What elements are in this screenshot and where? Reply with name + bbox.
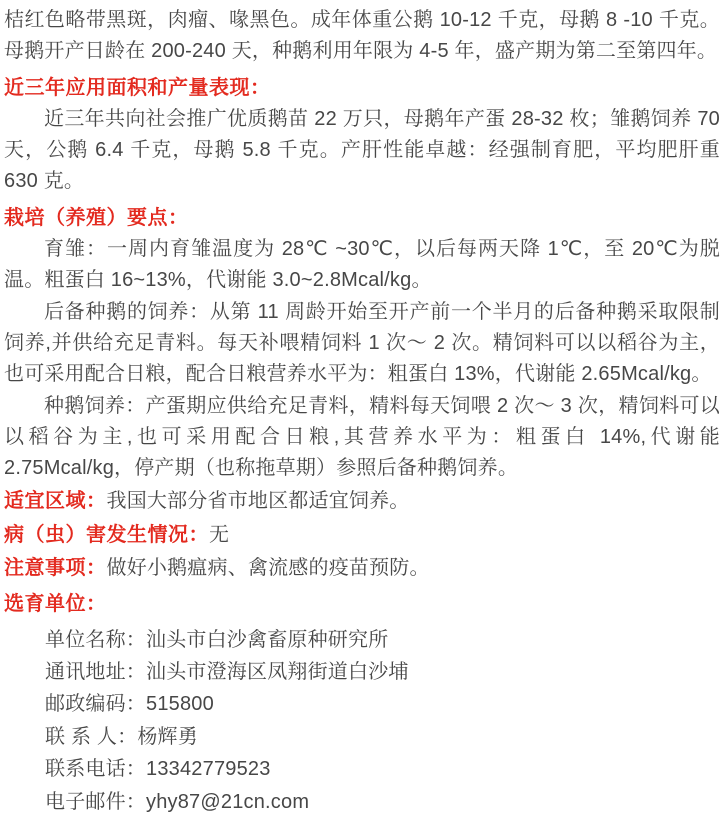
contact-row-address: 通讯地址：汕头市澄海区凤翔街道白沙埔: [45, 656, 720, 688]
contact-row-phone: 联系电话：13342779523: [45, 753, 720, 785]
cultivation-paragraph-reserve-geese: 后备种鹅的饲养：从第 11 周龄开始至开产前一个半月的后备种鹅采取限制饲养,并供…: [4, 297, 720, 391]
notes-line: 注意事项：做好小鹅瘟病、禽流感的疫苗预防。: [4, 553, 720, 584]
contact-value: 汕头市白沙禽畜原种研究所: [146, 629, 388, 651]
contact-label: 联 系 人：: [45, 726, 137, 748]
suitable-region-text: 我国大部分省市地区都适宜饲养。: [107, 490, 410, 512]
disease-text: 无: [209, 524, 229, 546]
document-page: 桔红色略带黑斑，肉瘤、喙黑色。成年体重公鹅 10-12 千克，母鹅 8 -10 …: [0, 0, 724, 818]
suitable-region-line: 适宜区域：我国大部分省市地区都适宜饲养。: [4, 486, 720, 517]
disease-line: 病（虫）害发生情况：无: [4, 520, 720, 551]
contact-row-person: 联 系 人：杨辉勇: [45, 721, 720, 753]
contact-list: 单位名称：汕头市白沙禽畜原种研究所 通讯地址：汕头市澄海区凤翔街道白沙埔 邮政编…: [4, 624, 720, 818]
section-heading-production: 近三年应用面积和产量表现：: [4, 73, 720, 104]
suitable-region-label: 适宜区域：: [4, 490, 107, 512]
disease-label: 病（虫）害发生情况：: [4, 524, 209, 546]
contact-label: 邮政编码：: [45, 693, 146, 715]
contact-row-email: 电子邮件：yhy87@21cn.com: [45, 786, 720, 818]
contact-value: 515800: [146, 693, 214, 715]
contact-value: 13342779523: [146, 758, 271, 780]
production-paragraph: 近三年共向社会推广优质鹅苗 22 万只，母鹅年产蛋 28-32 枚；雏鹅饲养 7…: [4, 104, 720, 198]
section-heading-cultivation: 栽培（养殖）要点：: [4, 203, 720, 234]
intro-paragraph: 桔红色略带黑斑，肉瘤、喙黑色。成年体重公鹅 10-12 千克，母鹅 8 -10 …: [4, 5, 720, 68]
contact-row-unit-name: 单位名称：汕头市白沙禽畜原种研究所: [45, 624, 720, 656]
contact-label: 电子邮件：: [45, 791, 146, 813]
contact-value: 汕头市澄海区凤翔街道白沙埔: [146, 661, 409, 683]
contact-label: 联系电话：: [45, 758, 146, 780]
section-heading-breeding-unit: 选育单位：: [4, 589, 720, 620]
contact-label: 通讯地址：: [45, 661, 146, 683]
contact-value: yhy87@21cn.com: [146, 791, 309, 813]
contact-label: 单位名称：: [45, 629, 146, 651]
notes-label: 注意事项：: [4, 557, 107, 579]
notes-text: 做好小鹅瘟病、禽流感的疫苗预防。: [107, 557, 430, 579]
contact-value: 杨辉勇: [137, 726, 198, 748]
cultivation-paragraph-brooding: 育雏：一周内育雏温度为 28℃ ~30℃，以后每两天降 1℃，至 20℃为脱温。…: [4, 234, 720, 297]
cultivation-paragraph-breeding-geese: 种鹅饲养：产蛋期应供给充足青料，精料每天饲喂 2 次～ 3 次，精饲料可以以稻谷…: [4, 391, 720, 485]
contact-row-postcode: 邮政编码：515800: [45, 688, 720, 720]
